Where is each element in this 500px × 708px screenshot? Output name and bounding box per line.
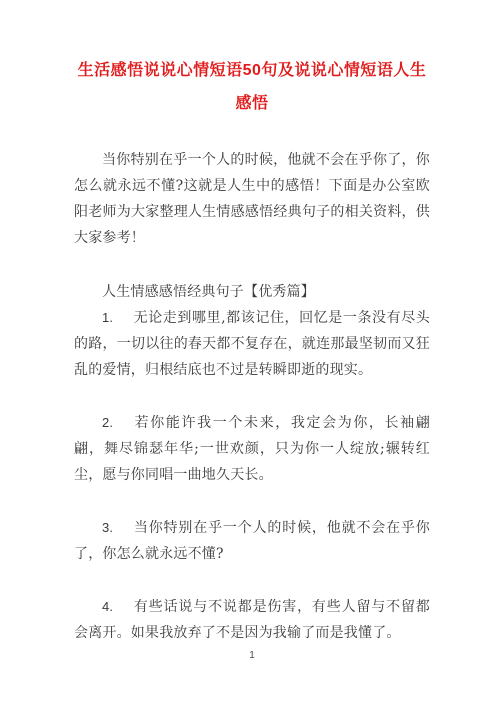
quote-item-2: 2.若你能许我一个未来，我定会为你，长袖翩翩，舞尽锦瑟年华;一世欢颜，只为你一人…: [74, 410, 430, 488]
quote-item-text: 若你能许我一个未来，我定会为你，长袖翩翩，舞尽锦瑟年华;一世欢颜，只为你一人绽放…: [74, 415, 430, 483]
section-header: 人生情感感悟经典句子【优秀篇】: [74, 279, 430, 305]
quote-item-text: 无论走到哪里,都该记住，回忆是一条没有尽头的路，一切以往的春天都不复存在，就连那…: [74, 310, 430, 378]
quote-item-number: 3.: [102, 520, 113, 535]
quote-item-4: 4.有些话说与不说都是伤害，有些人留与不留都会离开。如果我放弃了不是因为我输了而…: [74, 594, 430, 646]
quote-item-text: 有些话说与不说都是伤害，有些人留与不留都会离开。如果我放弃了不是因为我输了而是我…: [74, 599, 430, 641]
quote-item-number: 1.: [102, 310, 113, 325]
page-title: 生活感悟说说心情短语50句及说说心情短语人生感悟: [74, 54, 430, 120]
document-page: 生活感悟说说心情短语50句及说说心情短语人生感悟 当你特别在乎一个人的时候，他就…: [0, 0, 500, 708]
quote-item-number: 4.: [102, 599, 113, 614]
quote-item-3: 3.当你特别在乎一个人的时候，他就不会在乎你了，你怎么就永远不懂?: [74, 515, 430, 567]
quote-item-number: 2.: [102, 415, 113, 430]
quote-item-text: 当你特别在乎一个人的时候，他就不会在乎你了，你怎么就永远不懂?: [74, 520, 430, 562]
page-number: 1: [74, 649, 430, 662]
intro-paragraph: 当你特别在乎一个人的时候，他就不会在乎你了，你怎么就永远不懂?这就是人生中的感悟…: [74, 147, 430, 251]
quote-item-1: 1.无论走到哪里,都该记住，回忆是一条没有尽头的路，一切以往的春天都不复存在，就…: [74, 305, 430, 383]
